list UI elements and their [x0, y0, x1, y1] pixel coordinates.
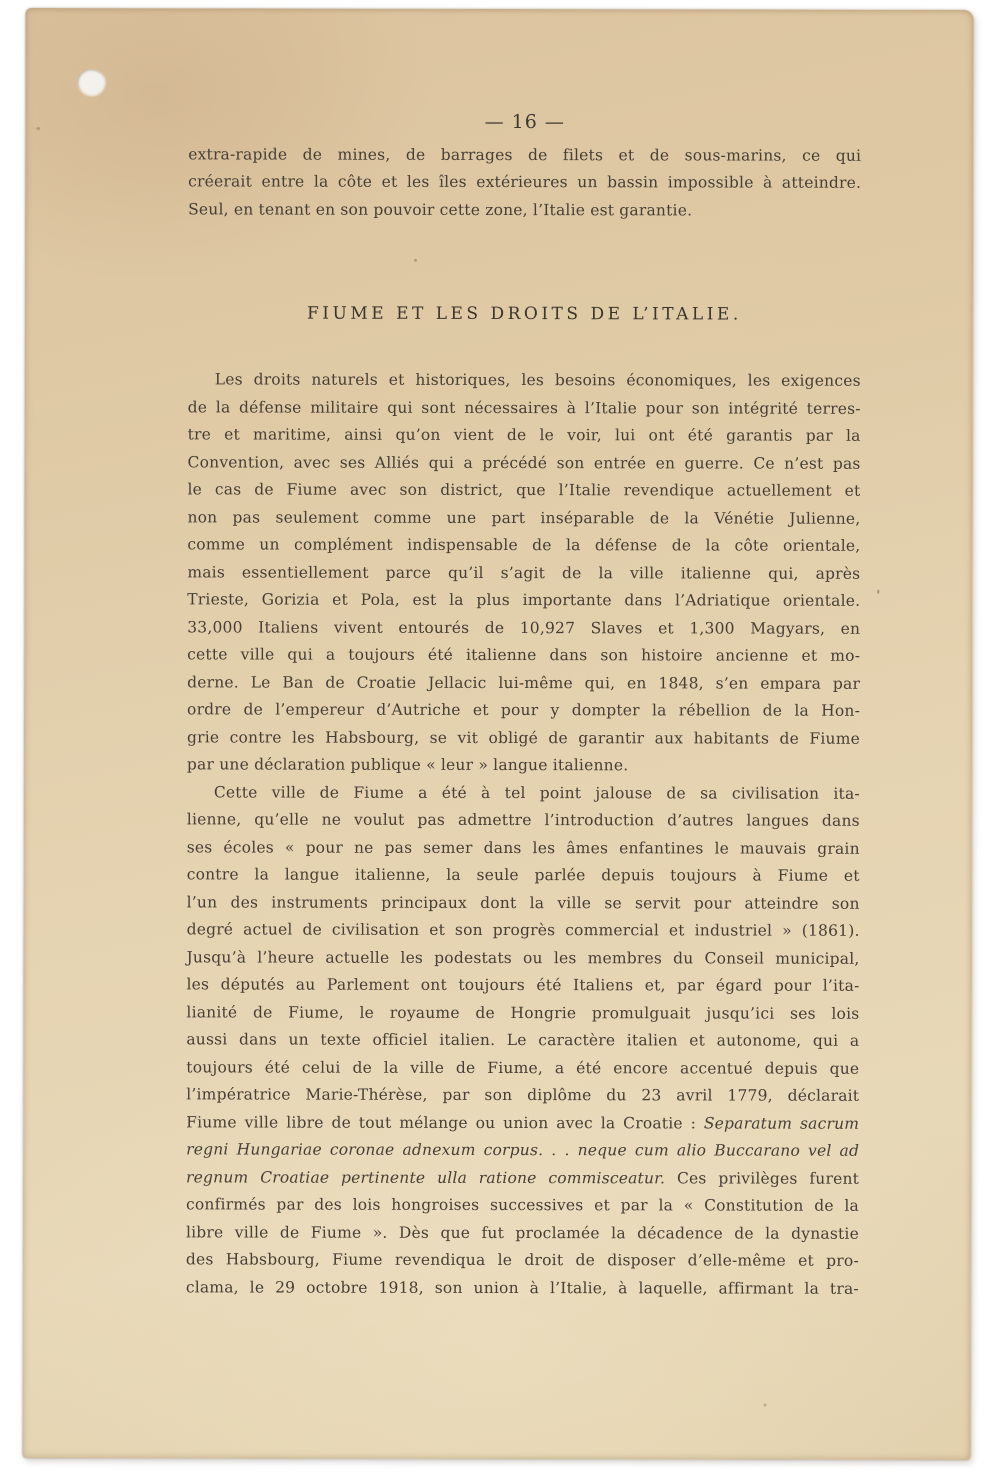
paragraph-continuation: extra-rapide de mines, de barrages de fi… [188, 141, 861, 225]
page-content: — 16 — extra-rapide de mines, de barrage… [186, 108, 861, 1302]
text-line: non pas seulement comme une part insépar… [187, 504, 860, 533]
text-run: Ces privilèges furent [665, 1169, 859, 1187]
text-line: aussi dans un texte officiel italien. Le… [186, 1026, 859, 1055]
text-line: ordre de l’empereur d’Autriche et pour y… [187, 696, 860, 725]
paragraph-droits: Les droits naturels et historiques, les … [187, 366, 861, 780]
text-line: créerait entre la côte et les îles extér… [188, 168, 861, 197]
text-line: de la défense militaire qui sont nécessa… [188, 394, 861, 423]
text-line: confirmés par des lois hongroises succes… [186, 1191, 859, 1220]
text-line: derne. Le Ban de Croatie Jellacic lui-mê… [187, 669, 860, 698]
text-line: lienne, qu’elle ne voulut pas admettre l… [187, 806, 860, 835]
section-heading: FIUME ET LES DROITS DE L’ITALIE. [188, 299, 861, 328]
text-run: Fiume ville libre de tout mélange ou uni… [186, 1113, 704, 1132]
text-line: cette ville qui a toujours été italienne… [187, 641, 860, 670]
text-line: Cette ville de Fiume a été à tel point j… [187, 779, 860, 808]
text-line: Convention, avec ses Alliés qui a précéd… [188, 449, 861, 478]
text-line: mais essentiellement parce qu’il s’agit … [187, 559, 860, 588]
page-number: — 16 — [188, 108, 861, 137]
text-line: extra-rapide de mines, de barrages de fi… [188, 141, 861, 170]
text-line: Jusqu’à l’heure actuelle les podestats o… [187, 944, 860, 973]
text-line: degré actuel de civilisation et son prog… [187, 916, 860, 945]
text-line: grie contre les Habsbourg, se vit obligé… [187, 724, 860, 753]
text-line: le cas de Fiume avec son district, que l… [187, 476, 860, 505]
latin-text-run: regnum Croatiae pertinente ulla ratione … [186, 1168, 665, 1187]
page-sheet: — 16 — extra-rapide de mines, de barrage… [22, 8, 973, 1460]
text-line: contre la langue italienne, la seule par… [187, 861, 860, 890]
paper-speck [877, 590, 879, 594]
text-line: tre et maritime, ainsi qu’on vient de le… [188, 421, 861, 450]
text-line: comme un complément indispensable de la … [187, 531, 860, 560]
text-line: libre ville de Fiume ». Dès que fut proc… [186, 1219, 859, 1248]
text-line: l’un des instruments principaux dont la … [187, 889, 860, 918]
text-line-latin-quote: Fiume ville libre de tout mélange ou uni… [186, 1109, 859, 1138]
text-line: les députés au Parlement ont toujours ét… [186, 971, 859, 1000]
paragraph-cette-ville: Cette ville de Fiume a été à tel point j… [186, 779, 860, 1303]
text-line: Seul, en tenant en son pouvoir cette zon… [188, 196, 861, 225]
text-line: clama, le 29 octobre 1918, son union à l… [186, 1274, 859, 1303]
paper-speck [764, 1404, 767, 1407]
scan-backdrop: — 16 — extra-rapide de mines, de barrage… [0, 0, 1000, 1482]
text-line: Trieste, Gorizia et Pola, est la plus im… [187, 586, 860, 615]
paper-speck [36, 127, 40, 130]
text-line: lianité de Fiume, le royaume de Hongrie … [186, 999, 859, 1028]
text-line: Les droits naturels et historiques, les … [188, 366, 861, 395]
text-line: toujours été celui de la ville de Fiume,… [186, 1054, 859, 1083]
latin-text-run: Separatum sacrum [704, 1114, 859, 1132]
text-line: des Habsbourg, Fiume revendiqua le droit… [186, 1246, 859, 1275]
text-line: par une déclaration publique « leur » la… [187, 751, 860, 780]
text-line: ses écoles « pour ne pas semer dans les … [187, 834, 860, 863]
text-line: l’impératrice Marie-Thérèse, par son dip… [186, 1081, 859, 1110]
punch-hole [77, 69, 104, 95]
text-line-latin-quote: regnum Croatiae pertinente ulla ratione … [186, 1164, 859, 1193]
text-line-latin-quote: regni Hungariae coronae adnexum corpus. … [186, 1136, 859, 1165]
text-line: 33,000 Italiens vivent entourés de 10,92… [187, 614, 860, 643]
